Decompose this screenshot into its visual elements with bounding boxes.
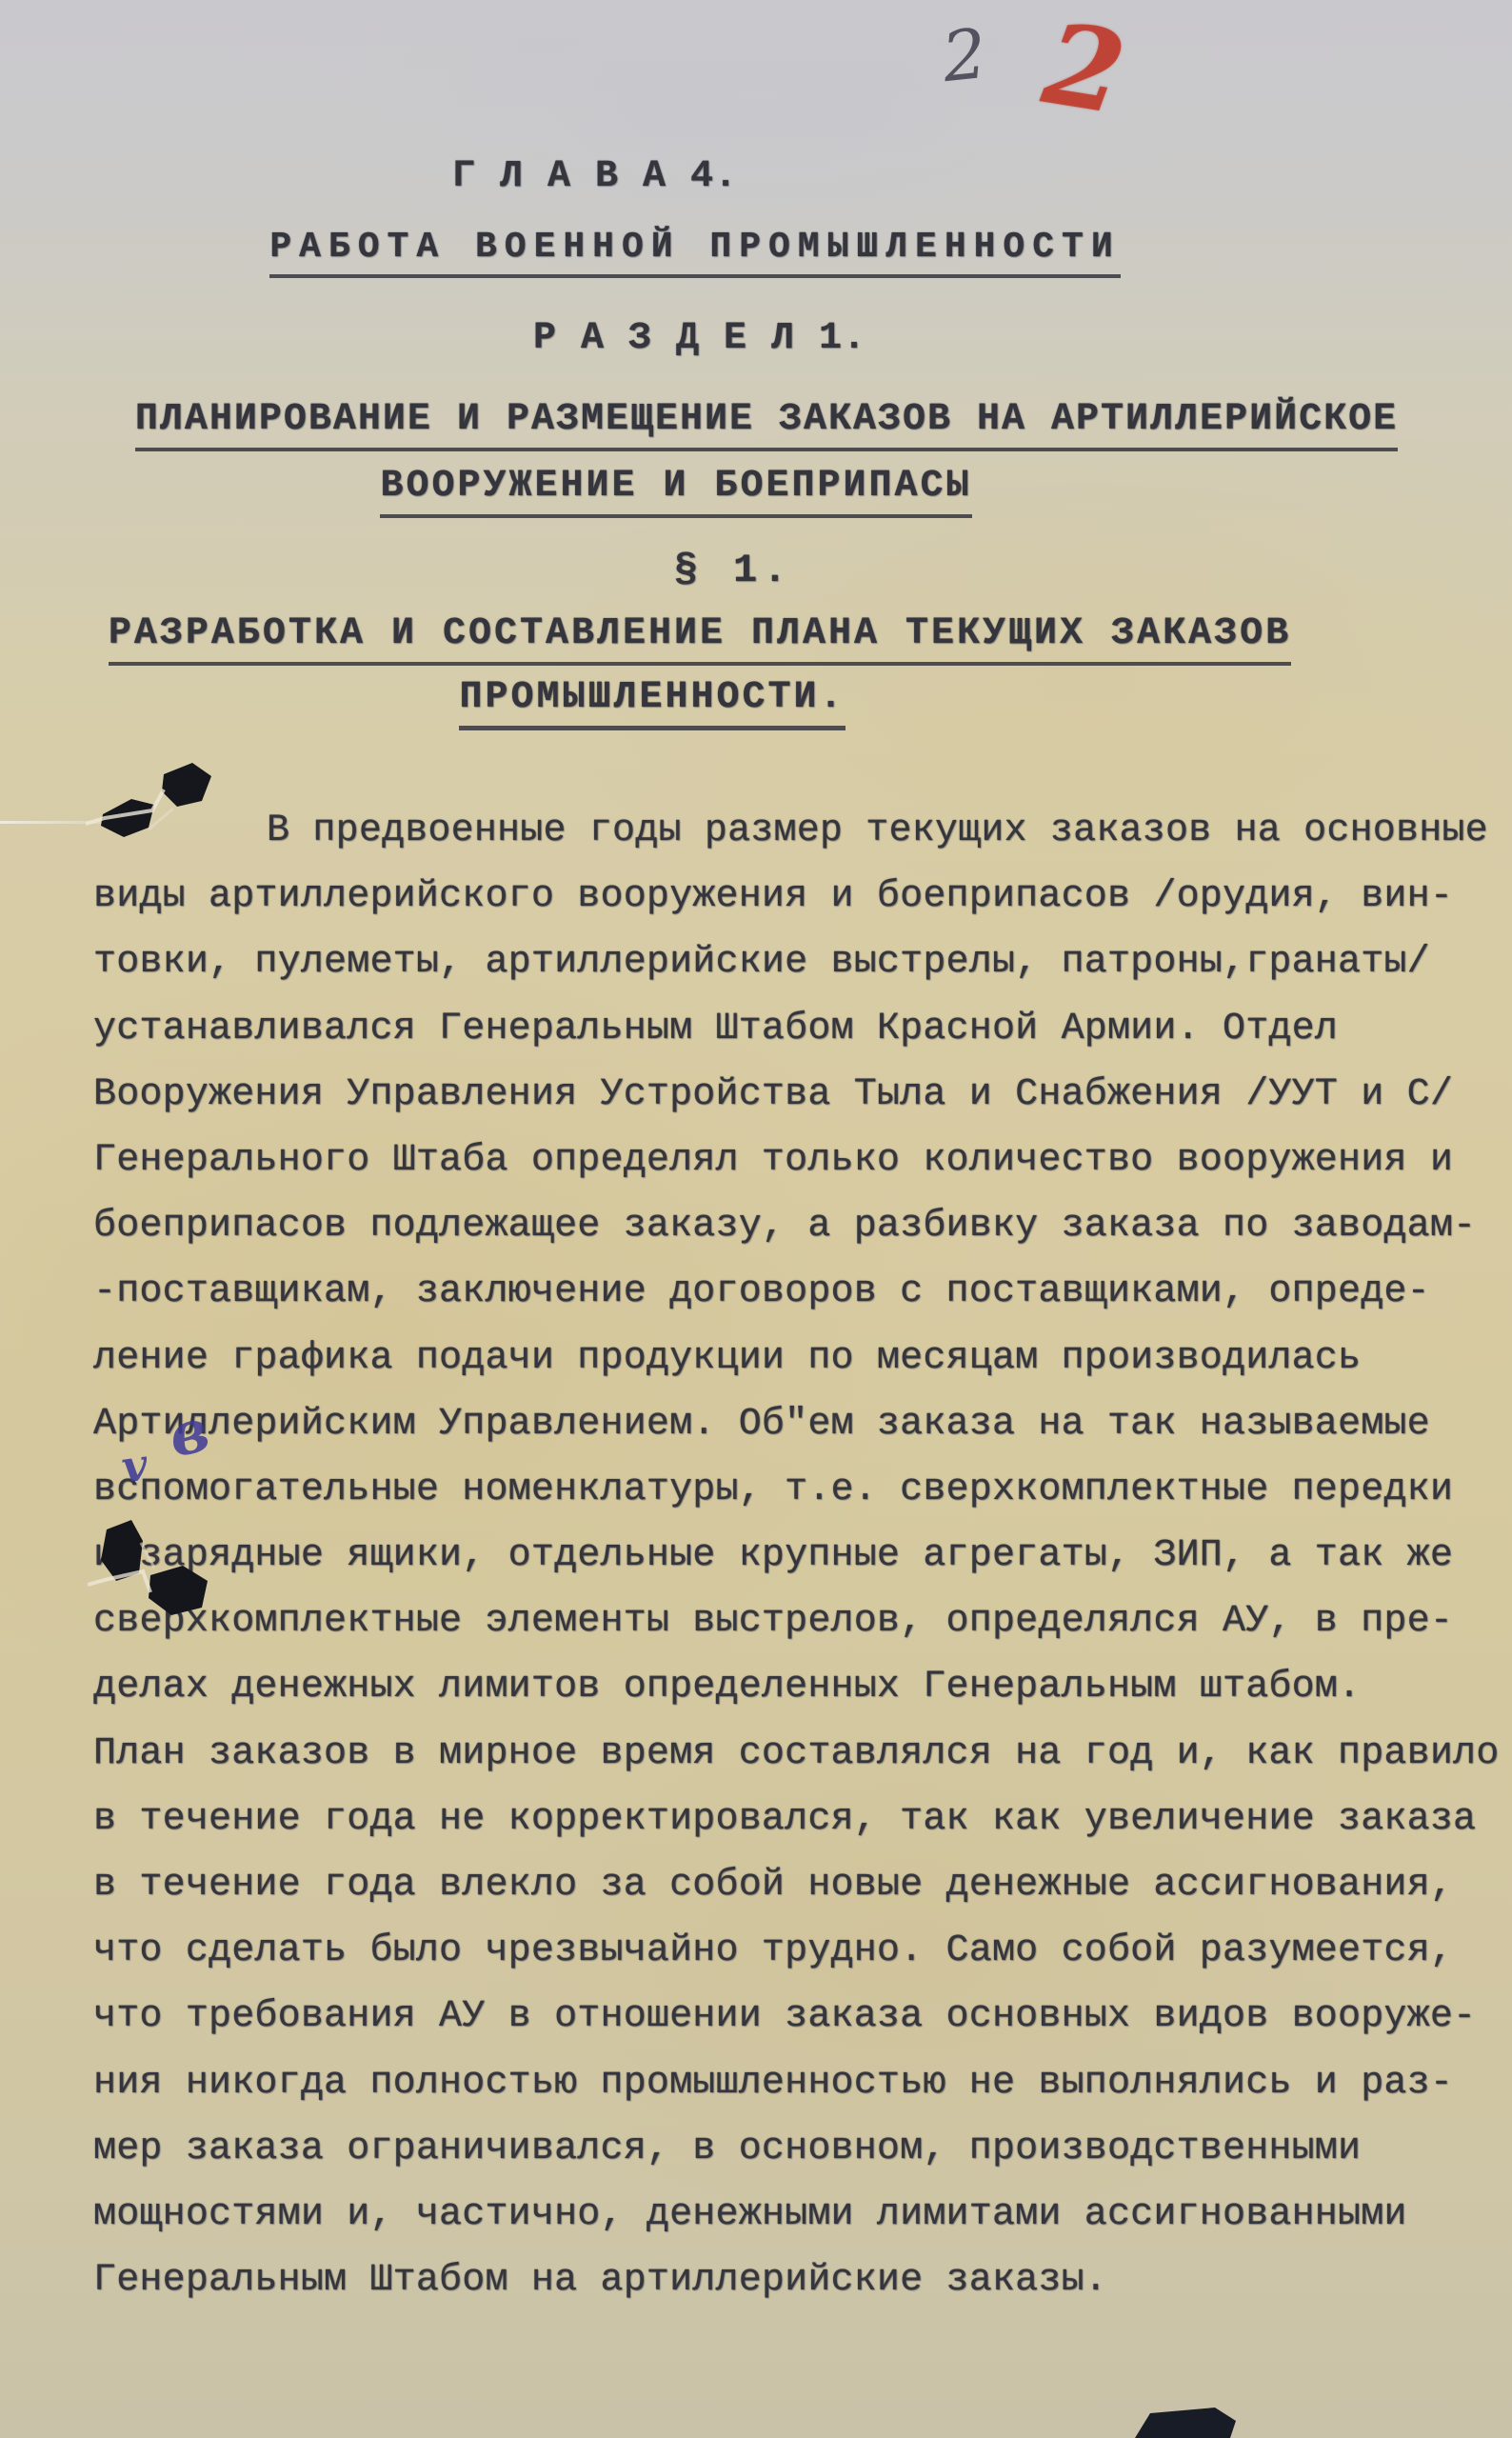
body-line: что требования АУ в отношении заказа осн… [93, 1984, 1498, 2049]
body-line: товки, пулеметы, артиллерийские выстрелы… [93, 929, 1498, 995]
body-line: в течение года не корректировался, так к… [93, 1787, 1498, 1852]
page-number-red-pencil: 2 [1036, 0, 1134, 140]
body-line: устанавливался Генеральным Штабом Красно… [93, 996, 1498, 1062]
page-number-pencil: 2 [939, 13, 990, 97]
body-line: сверхкомплектные элементы выстрелов, опр… [93, 1589, 1498, 1654]
body-line: и зарядные ящики, отдельные крупные агре… [93, 1523, 1498, 1589]
chapter-heading-text: Г Л А В А 4. [452, 155, 738, 198]
section-title-line1: ПЛАНИРОВАНИЕ И РАЗМЕЩЕНИЕ ЗАКАЗОВ НА АРТ… [90, 398, 1442, 451]
body-line: что сделать было чрезвычайно трудно. Сам… [93, 1918, 1498, 1984]
subsection-title-line1: РАЗРАБОТКА И СОСТАВЛЕНИЕ ПЛАНА ТЕКУЩИХ З… [67, 612, 1333, 666]
body-line: мер заказа ограничивался, в основном, пр… [93, 2116, 1498, 2182]
subsection-title-line2-text: ПРОМЫШЛЕННОСТИ. [459, 676, 845, 730]
section-heading: Р А З Д Е Л 1. [414, 317, 985, 360]
body-line: Вооружения Управления Устройства Тыла и … [93, 1062, 1498, 1128]
body-line: виды артиллерийского вооружения и боепри… [93, 864, 1498, 929]
subsection-title-line1-text: РАЗРАБОТКА И СОСТАВЛЕНИЕ ПЛАНА ТЕКУЩИХ З… [109, 612, 1291, 666]
body-line: План заказов в мирное время составлялся … [93, 1721, 1498, 1787]
section-title-line2-text: ВООРУЖЕНИЕ И БОЕПРИПАСЫ [380, 465, 971, 518]
body-line: Генерального Штаба определял только коли… [93, 1128, 1498, 1193]
body-line: в течение года влекло за собой новые ден… [93, 1852, 1498, 1918]
section-title-line2: ВООРУЖЕНИЕ И БОЕПРИПАСЫ [90, 465, 1262, 518]
body-line: мощностями и, частично, денежными лимита… [93, 2182, 1498, 2248]
body-paragraph: В предвоенные годы размер текущих заказо… [93, 798, 1498, 2313]
subsection-title-line2: ПРОМЫШЛЕННОСТИ. [67, 676, 1238, 730]
chapter-title-text: РАБОТА ВОЕННОЙ ПРОМЫШЛЕННОСТИ [269, 227, 1120, 278]
paragraph-mark: § 1. [495, 548, 971, 593]
paragraph-mark-text: § 1. [674, 548, 793, 593]
paper-tear-top-left-icon [86, 755, 229, 860]
section-heading-text: Р А З Д Е Л 1. [533, 317, 866, 360]
body-line: ление графика подачи продукции по месяца… [93, 1326, 1498, 1391]
scanned-document-page: { "page": { "page_number_pencil": "2", "… [0, 0, 1512, 2438]
body-line: боеприпасов подлежащее заказу, а разбивк… [93, 1193, 1498, 1259]
body-line: делах денежных лимитов определенных Гене… [93, 1654, 1498, 1720]
body-line: В предвоенные годы размер текущих заказо… [93, 798, 1498, 864]
body-line: Генеральным Штабом на артиллерийские зак… [93, 2248, 1498, 2313]
paper-tear-mid-left-icon [88, 1503, 240, 1627]
body-line: Артиллерийским Управлением. Об"ем заказа… [93, 1391, 1498, 1457]
chapter-title: РАБОТА ВОЕННОЙ ПРОМЫШЛЕННОСТИ [219, 227, 1171, 278]
body-line: вспомогательные номенклатуры, т.е. сверх… [93, 1457, 1498, 1523]
paper-tear-bottom-icon [1124, 2408, 1257, 2438]
body-line: ния никогда полностью промышленностью не… [93, 2050, 1498, 2116]
section-title-line1-text: ПЛАНИРОВАНИЕ И РАЗМЕЩЕНИЕ ЗАКАЗОВ НА АРТ… [135, 398, 1398, 451]
chapter-heading: Г Л А В А 4. [333, 155, 857, 198]
body-line: -поставщикам, заключение договоров с пос… [93, 1259, 1498, 1325]
